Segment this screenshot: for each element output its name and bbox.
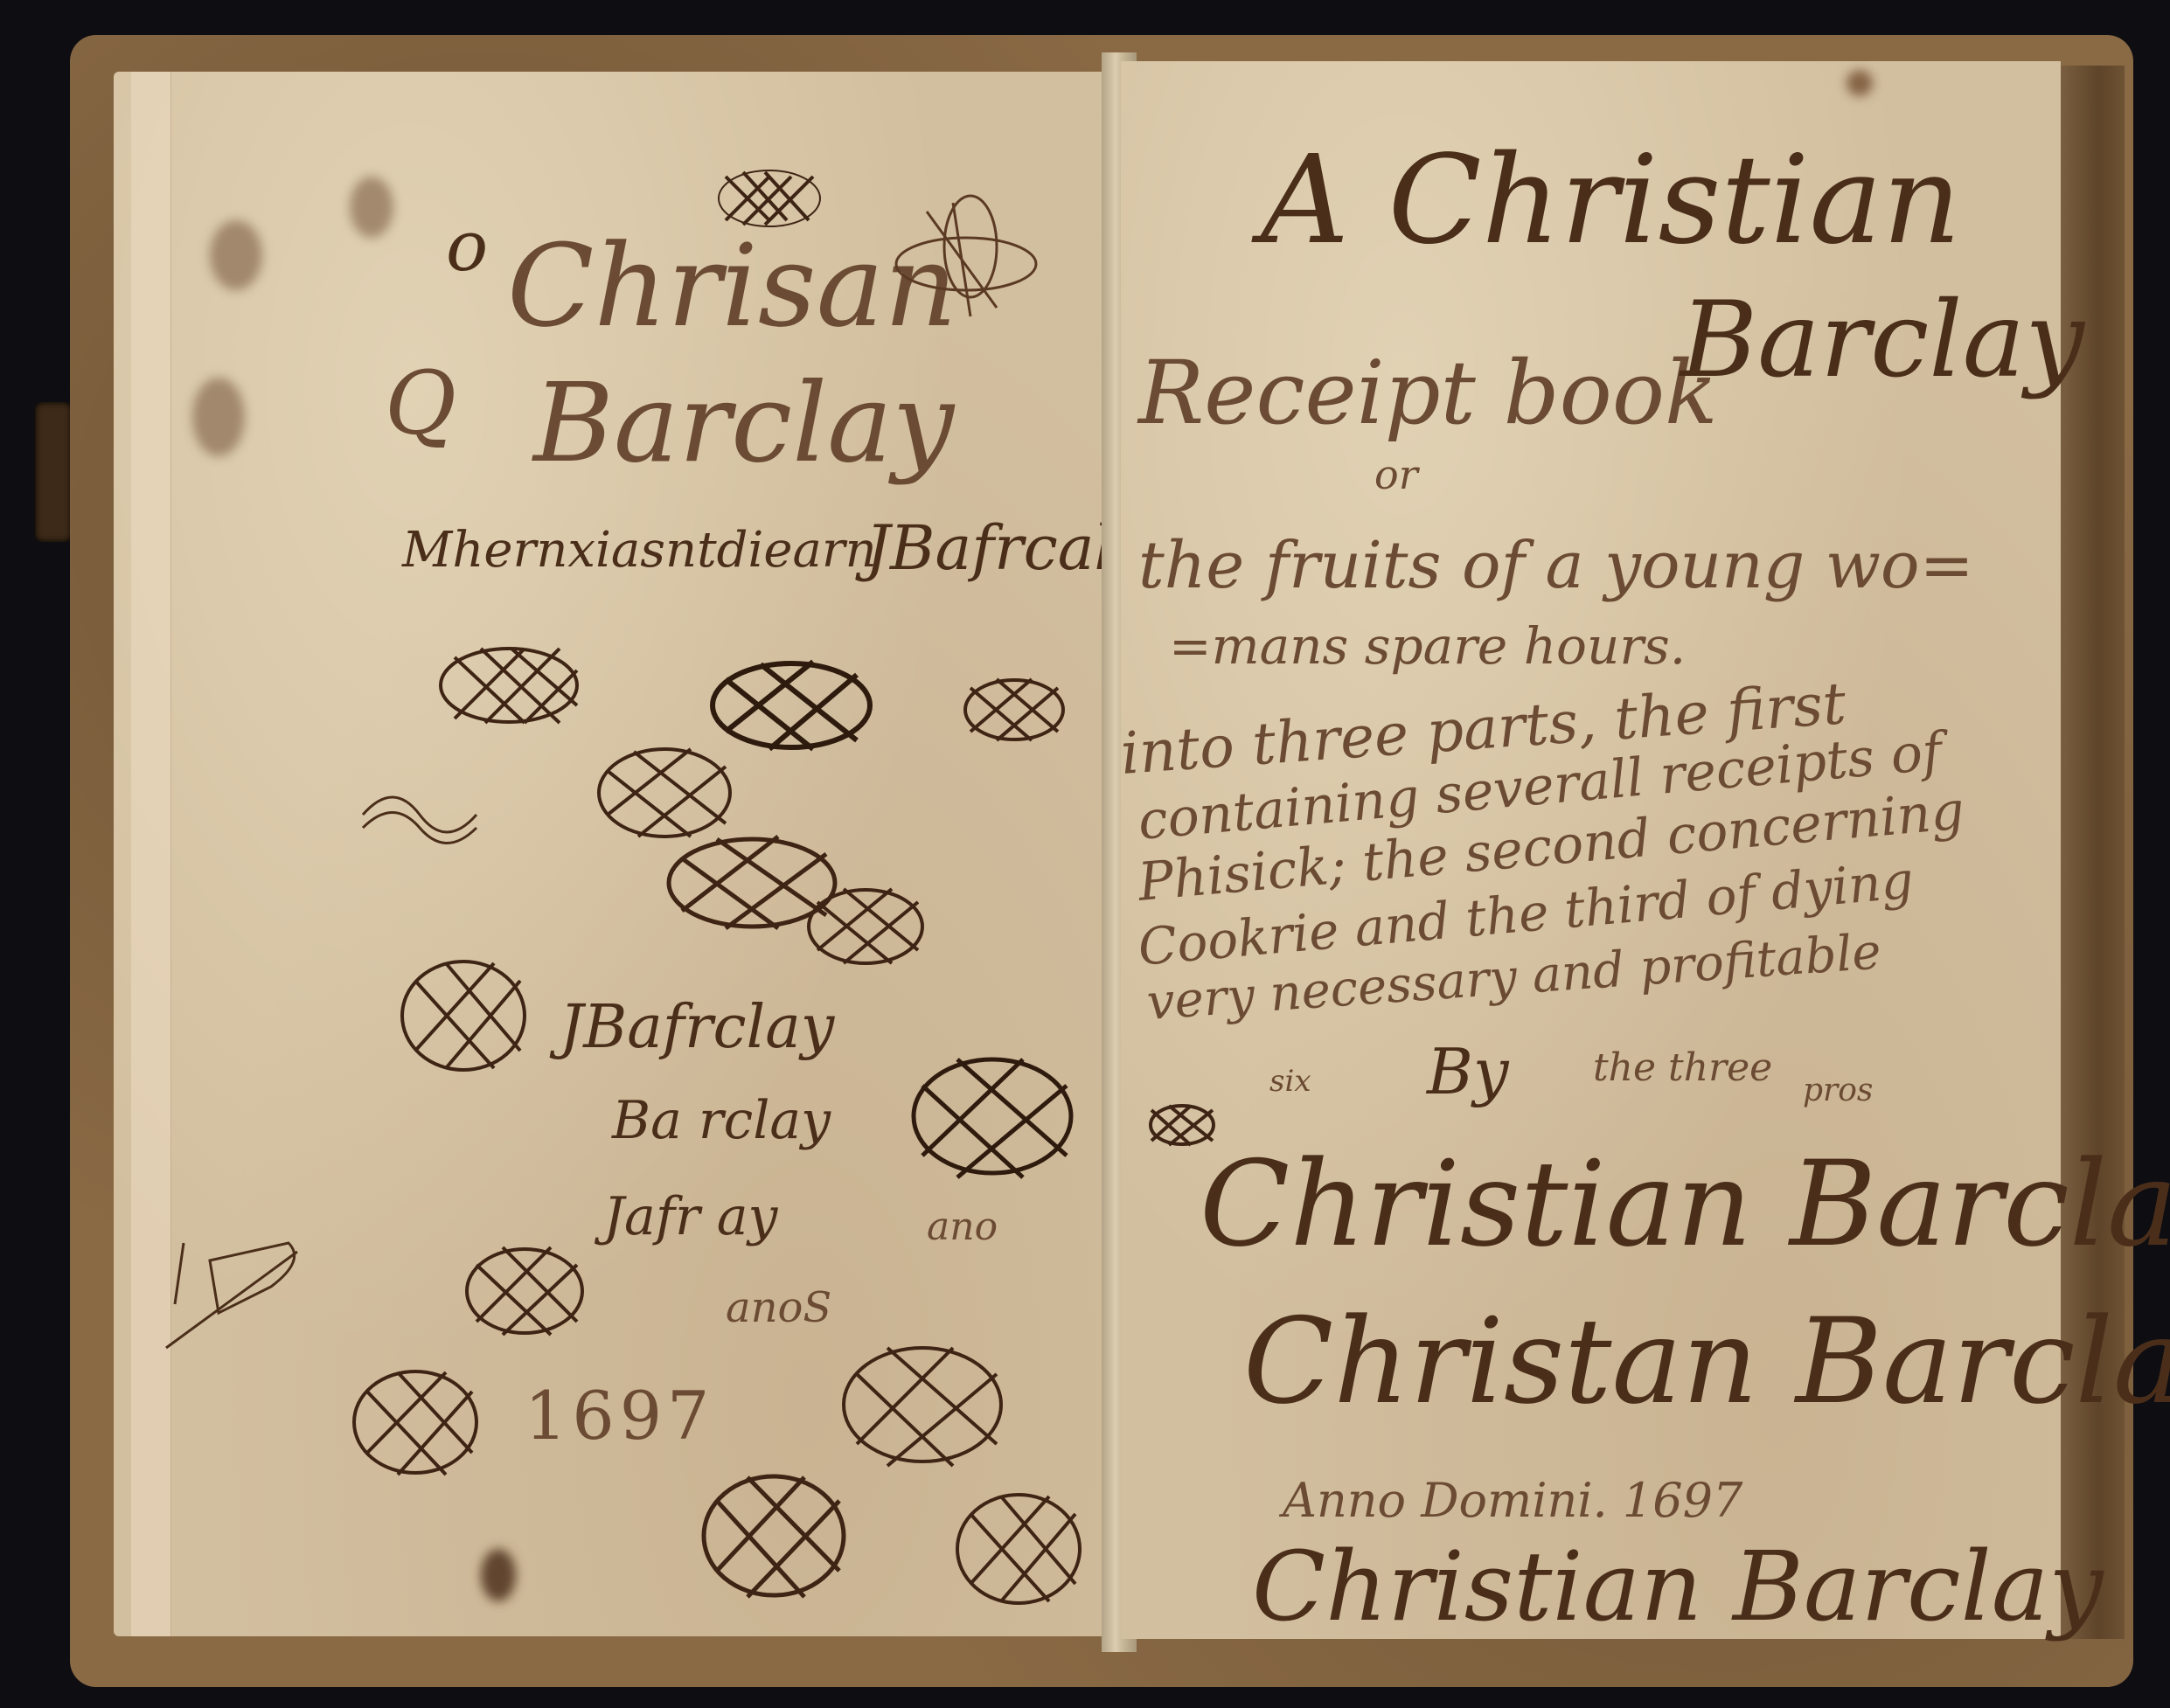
- signature-ba-rclay: Ba rclay: [612, 1094, 831, 1147]
- title-a-christian: A Christian: [1261, 140, 1961, 262]
- word-or: or: [1374, 455, 1418, 495]
- knot-doodle: [398, 955, 529, 1077]
- pen-trial-line: Mhernxiasntdiearn: [402, 526, 877, 575]
- byline-pros: pros: [1803, 1075, 1873, 1107]
- name-chrisan: Chrisan: [507, 229, 957, 343]
- signature-jafr-ay: Jafr ay: [603, 1191, 777, 1243]
- pen-trial-bafrcal: JBafrcal: [866, 517, 1114, 579]
- knot-doodle: [892, 194, 1040, 316]
- signature-christan-barclay-2: Christan Barclay: [1243, 1302, 2170, 1420]
- ink-blot: [481, 1549, 516, 1601]
- date-anno-domini-1697: Anno Domini. 1697: [1283, 1477, 1742, 1524]
- ink-stain: [210, 220, 262, 290]
- knot-doodle: [717, 168, 822, 229]
- right-page: A Christian Receipt book Barclay or the …: [1121, 61, 2061, 1639]
- name-barclay: Barclay: [533, 369, 954, 478]
- knot-doodle: [962, 675, 1067, 745]
- quill-sketch-doodle: [157, 1234, 306, 1357]
- knot-doodle: [350, 1365, 481, 1479]
- knot-doodle: [437, 644, 581, 727]
- title-barclay: Barclay: [1680, 288, 2084, 393]
- ink-stain: [192, 378, 245, 456]
- ink-stain: [350, 177, 393, 238]
- scribble-ano: ano: [927, 1208, 998, 1246]
- ink-spot: [1847, 70, 1873, 96]
- knot-doodle: [463, 1243, 586, 1339]
- signature-christian-barclay-3: Christian Barclay: [1252, 1538, 2104, 1635]
- title-receipt-book: Receipt book: [1138, 350, 1718, 437]
- year-1697: 1697: [525, 1383, 714, 1449]
- subtitle-line-1: the fruits of a young wo=: [1138, 533, 1974, 598]
- knot-doodle: [909, 1051, 1075, 1182]
- knot-doodle: [953, 1488, 1084, 1610]
- initial-o: o: [446, 212, 488, 281]
- left-page: o Chrisan Q Barclay Mhernxiasntdiearn JB…: [114, 72, 1106, 1636]
- flourish-q: Q: [385, 360, 456, 448]
- signature-christian-barclay-1: Christian Barclay: [1200, 1145, 2170, 1263]
- byline-the-three: the three: [1593, 1049, 1772, 1087]
- knot-doodle: [699, 1470, 848, 1601]
- book-clasp: [35, 402, 72, 542]
- knot-doodle: [595, 745, 734, 841]
- flourish-doodle: [358, 780, 481, 850]
- byline-six: six: [1269, 1066, 1311, 1096]
- knot-doodle: [708, 657, 874, 753]
- byline-by: By: [1427, 1040, 1509, 1103]
- signature-bafrclay: JBafrclay: [560, 998, 834, 1058]
- knot-doodle: [804, 885, 927, 968]
- paste-down-strip: [131, 72, 171, 1636]
- scribble-anos: anoS: [726, 1287, 831, 1329]
- subtitle-line-2: =mans spare hours.: [1169, 621, 1686, 671]
- knot-doodle: [839, 1339, 1005, 1470]
